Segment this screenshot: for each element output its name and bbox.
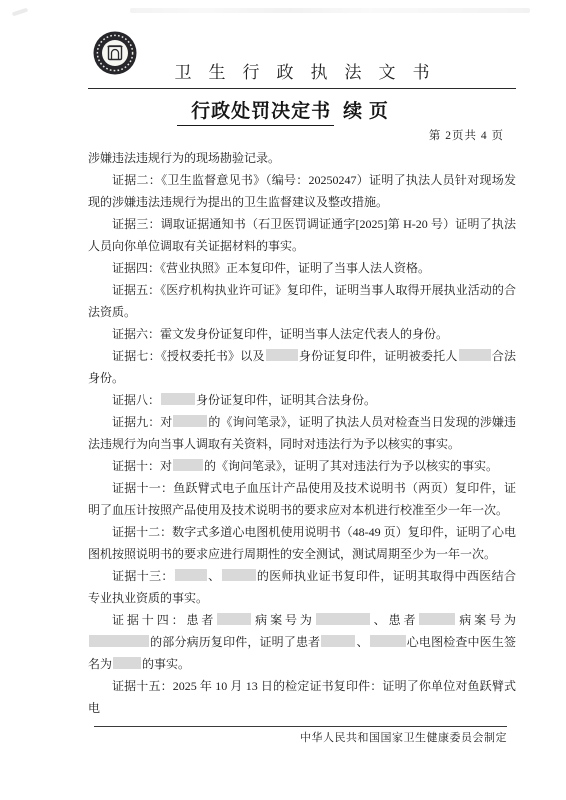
paragraph-text: 证据五：《医疗机构执业许可证》复印件，证明当事人取得开展执业活动的合法资质。: [88, 283, 516, 319]
paragraph: 证据九：对的《询问笔录》，证明了执法人员对检查当日发现的涉嫌违法违规行为向当事人…: [88, 411, 516, 455]
scan-artifact-top: [130, 8, 530, 13]
paragraph-text: 的部分病历复印件，证明了患者: [150, 635, 320, 649]
paragraph: 证据六：霍文发身份证复印件，证明当事人法定代表人的身份。: [88, 323, 516, 345]
paragraph: 证据十五：2025 年 10 月 13 日的检定证书复印件：证明了你单位对鱼跃臂…: [88, 675, 516, 719]
paragraph-text: 证据十：对: [112, 459, 172, 473]
paragraph-text: 证据七：《授权委托书》以及: [112, 349, 265, 363]
paragraph: 证据五：《医疗机构执业许可证》复印件，证明当事人取得开展执业活动的合法资质。: [88, 279, 516, 323]
redaction-box: [175, 569, 207, 581]
redaction-box: [459, 349, 491, 361]
paragraph-text: 病案号为: [456, 613, 516, 627]
paragraph-text: 身份证复印件，证明被委托人: [299, 349, 458, 363]
footer-divider: [94, 726, 507, 727]
paragraph-text: 的《询问笔录》，证明了其对违法行为予以核实的事实。: [204, 459, 498, 473]
paragraph-text: 证据十三：: [112, 569, 174, 583]
redaction-box: [370, 635, 406, 647]
paragraph: 证据十一：鱼跃臂式电子血压计产品使用及技术说明书（两页）复印件，证明了血压计按照…: [88, 477, 516, 521]
redaction-box: [173, 459, 203, 471]
paragraph: 涉嫌违法违规行为的现场勘验记录。: [88, 147, 516, 169]
header-divider: [88, 88, 516, 89]
paragraph-text: 病案号为: [252, 613, 315, 627]
page-indicator: 第 2页共 4 页: [429, 127, 504, 143]
paragraph-text: 证据九：对: [112, 415, 172, 429]
redaction-box: [222, 569, 256, 581]
redaction-box: [217, 613, 251, 625]
redaction-box: [89, 635, 149, 647]
document-category-title: 卫生行政执法文书: [88, 58, 516, 83]
redaction-box: [321, 635, 355, 647]
body-paragraphs: 涉嫌违法违规行为的现场勘验记录。证据二：《卫生监督意见书》（编号：2025024…: [88, 147, 516, 719]
paragraph-text: 证据十一：鱼跃臂式电子血压计产品使用及技术说明书（两页）复印件，证明了血压计按照…: [88, 481, 516, 517]
scan-artifact-corner: [12, 8, 28, 17]
paragraph-text: 身份证复印件，证明其合法身份。: [196, 393, 376, 407]
paragraph: 证据十：对的《询问笔录》，证明了其对违法行为予以核实的事实。: [88, 455, 516, 477]
document-title-suffix: 续 页: [343, 101, 389, 122]
paragraph-text: 、: [208, 569, 221, 583]
paragraph-text: 证据三：调取证据通知书（石卫医罚调证通字[2025]第 H-20 号）证明了执法…: [88, 217, 516, 253]
paragraph-text: 涉嫌违法违规行为的现场勘验记录。: [88, 151, 280, 165]
redaction-box: [173, 415, 207, 427]
paragraph-text: 证据二：《卫生监督意见书》（编号：20250247）证明了执法人员针对现场发现的…: [88, 173, 516, 209]
redaction-box: [266, 349, 298, 361]
paragraph: 证据十三：、的医师执业证书复印件，证明其取得中西医结合专业执业资质的事实。: [88, 565, 516, 609]
paragraph: 证据四：《营业执照》正本复印件，证明了当事人法人资格。: [88, 257, 516, 279]
document-page: 卫生行政执法文书 行政处罚决定书续 页 第 2页共 4 页 涉嫌违法违规行为的现…: [0, 0, 566, 800]
paragraph-text: 证据十二：数字式多道心电图机使用说明书（48-49 页）复印件，证明了心电图机按…: [88, 525, 516, 561]
document-title: 行政处罚决定书续 页: [0, 96, 566, 126]
paragraph: 证据三：调取证据通知书（石卫医罚调证通字[2025]第 H-20 号）证明了执法…: [88, 213, 516, 257]
paragraph-text: 证据八：: [112, 393, 160, 407]
redaction-box: [419, 613, 455, 625]
paragraph-text: 的事实。: [142, 657, 190, 671]
document-title-main: 行政处罚决定书: [177, 96, 334, 126]
paragraph-text: 证据六：霍文发身份证复印件，证明当事人法定代表人的身份。: [112, 327, 448, 341]
paragraph-text: 证据四：《营业执照》正本复印件，证明了当事人法人资格。: [112, 261, 430, 275]
paragraph-text: 、患者: [371, 613, 419, 627]
paragraph: 证据八：身份证复印件，证明其合法身份。: [88, 389, 516, 411]
paragraph: 证据十二：数字式多道心电图机使用说明书（48-49 页）复印件，证明了心电图机按…: [88, 521, 516, 565]
paragraph-text: 、: [356, 635, 368, 649]
paragraph-text: 证据十五：2025 年 10 月 13 日的检定证书复印件：证明了你单位对鱼跃臂…: [88, 679, 516, 715]
redaction-box: [113, 657, 141, 669]
redaction-box: [161, 393, 195, 405]
paragraph: 证据二：《卫生监督意见书》（编号：20250247）证明了执法人员针对现场发现的…: [88, 169, 516, 213]
paragraph: 证据七：《授权委托书》以及身份证复印件，证明被委托人合法身份。: [88, 345, 516, 389]
redaction-box: [316, 613, 370, 625]
paragraph: 证据十四：患者病案号为、患者病案号为的部分病历复印件，证明了患者、心电图检查中医…: [88, 609, 516, 675]
footer-issuer: 中华人民共和国国家卫生健康委员会制定: [88, 729, 507, 745]
paragraph-text: 证据十四：患者: [112, 613, 216, 627]
